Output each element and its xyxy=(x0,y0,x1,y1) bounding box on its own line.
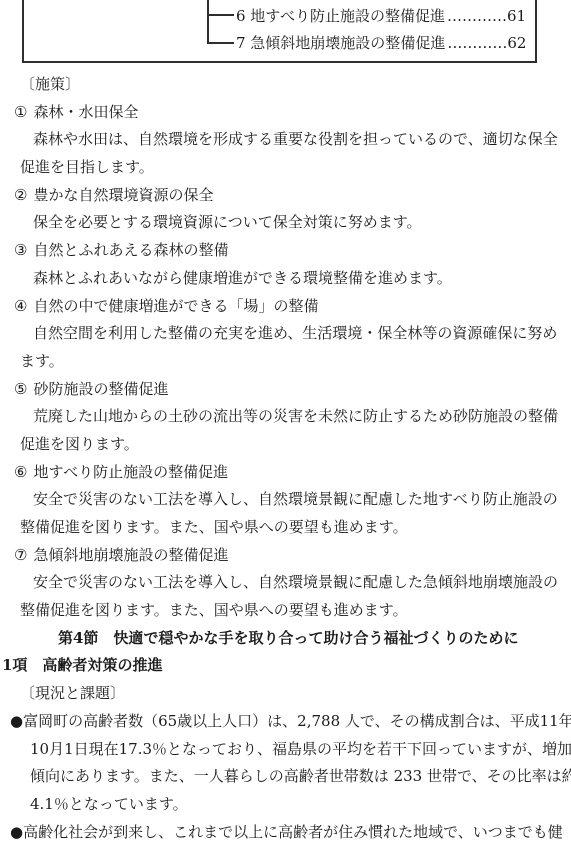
measure-body-line: 自然空間を利用した整備の充実を進め、生活環境・保全林等の資源確保に努め xyxy=(0,320,571,348)
measure-body-line: 促進を目指します。 xyxy=(0,154,571,182)
bullet-line: ●高齢化社会が到来し、これまで以上に高齢者が住み慣れた地域で、いつまでも健 xyxy=(0,819,571,847)
toc-entry: 7 急傾斜地崩壊施設の整備促進 ………… 62 xyxy=(236,32,517,53)
toc-page-number: 61 xyxy=(507,7,526,25)
measure-title: 砂防施設の整備促進 xyxy=(33,380,168,398)
measure-item-heading: ⑥地すべり防止施設の整備促進 xyxy=(0,459,571,487)
measure-body-line: ます。 xyxy=(0,348,571,376)
bullet-text: 高齢化社会が到来し、これまで以上に高齢者が住み慣れた地域で、いつまでも健 xyxy=(23,823,563,841)
section4-heading: 第4節 快適で穏やかな手を取り合って助け合う福祉づくりのために xyxy=(0,625,571,653)
measure-body-line: 促進を図ります。 xyxy=(0,431,571,459)
toc-entry: 6 地すべり防止施設の整備促進 ………… 61 xyxy=(236,5,517,26)
bullet-line: ●富岡町の高齢者数（65歳以上人口）は、2,788 人で、その構成割合は、平成1… xyxy=(0,708,571,736)
measure-body-line: 安全で災害のない工法を導入し、自然環境景観に配慮した急傾斜地崩壊施設の xyxy=(0,569,571,597)
toc-box: 6 地すべり防止施設の整備促進 ………… 61 7 急傾斜地崩壊施設の整備促進 … xyxy=(22,0,537,63)
circled-number: ⑤ xyxy=(14,380,27,398)
circled-number: ⑥ xyxy=(14,463,27,481)
bullet-line: 4.1％となっています。 xyxy=(0,791,571,819)
status-header: 〔現況と課題〕 xyxy=(0,680,571,708)
circled-number: ② xyxy=(14,186,27,204)
measure-title: 自然とふれあえる森林の整備 xyxy=(33,241,228,259)
measure-title: 森林・水田保全 xyxy=(33,103,138,121)
measure-title: 急傾斜地崩壊施設の整備促進 xyxy=(33,546,228,564)
measure-title: 地すべり防止施設の整備促進 xyxy=(33,463,228,481)
measure-item-heading: ②豊かな自然環境資源の保全 xyxy=(0,182,571,210)
toc-leader-dots: ………… xyxy=(447,7,507,25)
bullet-marker-icon: ● xyxy=(10,712,23,730)
bullet-text: 富岡町の高齢者数（65歳以上人口）は、2,788 人で、その構成割合は、平成11… xyxy=(23,712,571,730)
measure-title: 自然の中で健康増進ができる「場」の整備 xyxy=(33,297,318,315)
measure-body-line: 森林とふれあいながら健康増進ができる環境整備を進めます。 xyxy=(0,265,571,293)
toc-entry-label: 6 地すべり防止施設の整備促進 xyxy=(236,5,445,26)
measure-body-line: 森林や水田は、自然環境を形成する重要な役割を担っているので、適切な保全 xyxy=(0,126,571,154)
toc-entry-label: 7 急傾斜地崩壊施設の整備促進 xyxy=(236,32,445,53)
circled-number: ① xyxy=(14,103,27,121)
circled-number: ⑦ xyxy=(14,546,27,564)
measure-title: 豊かな自然環境資源の保全 xyxy=(33,186,213,204)
measure-item-heading: ⑤砂防施設の整備促進 xyxy=(0,376,571,404)
item1-heading: 1項 高齢者対策の推進 xyxy=(0,652,571,680)
measure-body-line: 整備促進を図ります。また、国や県への要望も進めます。 xyxy=(0,514,571,542)
document-body: 〔施策〕 ①森林・水田保全 森林や水田は、自然環境を形成する重要な役割を担ってい… xyxy=(0,71,571,846)
measure-body-line: 安全で災害のない工法を導入し、自然環境景観に配慮した地すべり防止施設の xyxy=(0,486,571,514)
measure-item-heading: ④自然の中で健康増進ができる「場」の整備 xyxy=(0,293,571,321)
measure-body-line: 保全を必要とする環境資源について保全対策に努めます。 xyxy=(0,209,571,237)
measure-body-line: 荒廃した山地からの土砂の流出等の災害を未然に防止するため砂防施設の整備 xyxy=(0,403,571,431)
bullet-line: 10月1日現在17.3％となっており、福島県の平均を若干下回っていますが、増加 xyxy=(0,736,571,764)
bullet-line: 傾向にあります。また、一人暮らしの高齢者世帯数は 233 世帯で、その比率は約 xyxy=(0,763,571,791)
toc-leader-dots: ………… xyxy=(447,34,507,52)
tree-branch-icon xyxy=(207,14,234,16)
tree-connector-line xyxy=(207,0,209,44)
measure-item-heading: ③自然とふれあえる森林の整備 xyxy=(0,237,571,265)
toc-page-number: 62 xyxy=(507,34,526,52)
measures-header: 〔施策〕 xyxy=(0,71,571,99)
measure-body-line: 整備促進を図ります。また、国や県への要望も進めます。 xyxy=(0,597,571,625)
circled-number: ③ xyxy=(14,241,27,259)
tree-branch-icon xyxy=(207,42,234,44)
bullet-marker-icon: ● xyxy=(10,823,23,841)
measure-item-heading: ①森林・水田保全 xyxy=(0,99,571,127)
circled-number: ④ xyxy=(14,297,27,315)
measure-item-heading: ⑦急傾斜地崩壊施設の整備促進 xyxy=(0,542,571,570)
